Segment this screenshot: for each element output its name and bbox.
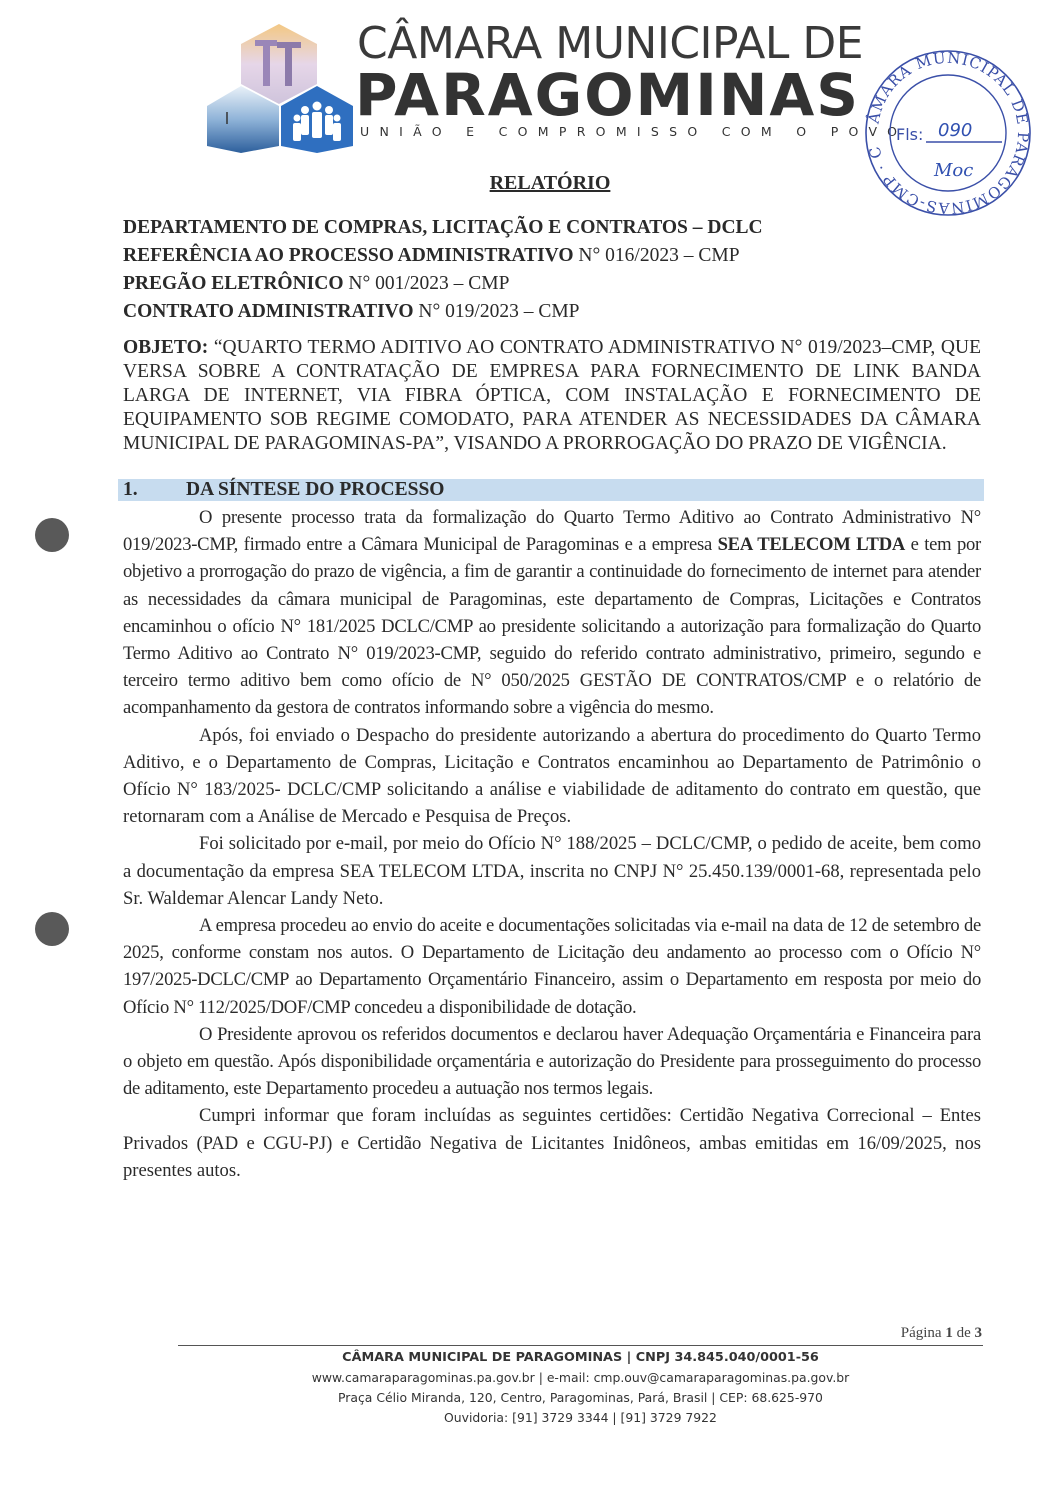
- footer-ouvidoria: Ouvidoria: [91] 3729 3344 | [91] 3729 79…: [178, 1408, 983, 1428]
- reference-block: DEPARTAMENTO DE COMPRAS, LICITAÇÃO E CON…: [123, 214, 763, 326]
- paragraph-text: e tem por objetivo a prorrogação do praz…: [123, 534, 981, 718]
- punch-hole-icon: [35, 912, 69, 946]
- paragraph: A empresa procedeu ao envio do aceite e …: [123, 912, 981, 1021]
- section-number: 1.: [123, 479, 138, 501]
- footer-org: CÂMARA MUNICIPAL DE PARAGOMINAS | CNPJ 3…: [178, 1348, 983, 1368]
- reference-line: REFERÊNCIA AO PROCESSO ADMINISTRATIVO N°…: [123, 242, 763, 270]
- paragraph: O Presidente aprovou os referidos docume…: [123, 1021, 981, 1103]
- footer-divider: [178, 1345, 983, 1346]
- fls-label: Fls:: [896, 125, 923, 144]
- objeto-label: OBJETO:: [123, 337, 208, 358]
- document-title: RELATÓRIO: [0, 172, 1057, 195]
- section-title: DA SÍNTESE DO PROCESSO: [186, 479, 444, 501]
- brand-tagline: UNIÃO E COMPROMISSO COM O POVO: [360, 124, 907, 139]
- reference-line: CONTRATO ADMINISTRATIVO N° 019/2023 – CM…: [123, 298, 763, 326]
- document-body: O presente processo trata da formalizaçã…: [123, 504, 981, 1184]
- paragraph: Foi solicitado por e-mail, por meio do O…: [123, 830, 981, 912]
- brand-name: PARAGOMINAS: [355, 66, 860, 124]
- paragraph: Cumpri informar que foram incluídas as s…: [123, 1102, 981, 1184]
- footer-contact: www.camaraparagominas.pa.gov.br | e-mail…: [178, 1368, 983, 1388]
- footer-address: Praça Célio Miranda, 120, Centro, Parago…: [178, 1388, 983, 1408]
- svg-text:090: 090: [938, 120, 972, 141]
- objeto-paragraph: OBJETO: “QUARTO TERMO ADITIVO AO CONTRAT…: [123, 336, 981, 456]
- camara-logo-icon: [205, 22, 355, 154]
- section-heading: 1. DA SÍNTESE DO PROCESSO: [118, 479, 984, 501]
- reference-line: PREGÃO ELETRÔNICO N° 001/2023 – CMP: [123, 270, 763, 298]
- objeto-text: “QUARTO TERMO ADITIVO AO CONTRATO ADMINI…: [123, 337, 981, 454]
- company-name: SEA TELECOM LTDA: [718, 534, 905, 555]
- footer: CÂMARA MUNICIPAL DE PARAGOMINAS | CNPJ 3…: [178, 1348, 983, 1428]
- page-number: Página 1 de 3: [901, 1325, 982, 1342]
- paragraph: Após, foi enviado o Despacho do presiden…: [123, 722, 981, 831]
- paragraph: O presente processo trata da formalizaçã…: [123, 504, 981, 722]
- punch-hole-icon: [35, 518, 69, 552]
- reference-line: DEPARTAMENTO DE COMPRAS, LICITAÇÃO E CON…: [123, 214, 763, 242]
- brand-title: CÂMARA MUNICIPAL DE: [357, 22, 863, 66]
